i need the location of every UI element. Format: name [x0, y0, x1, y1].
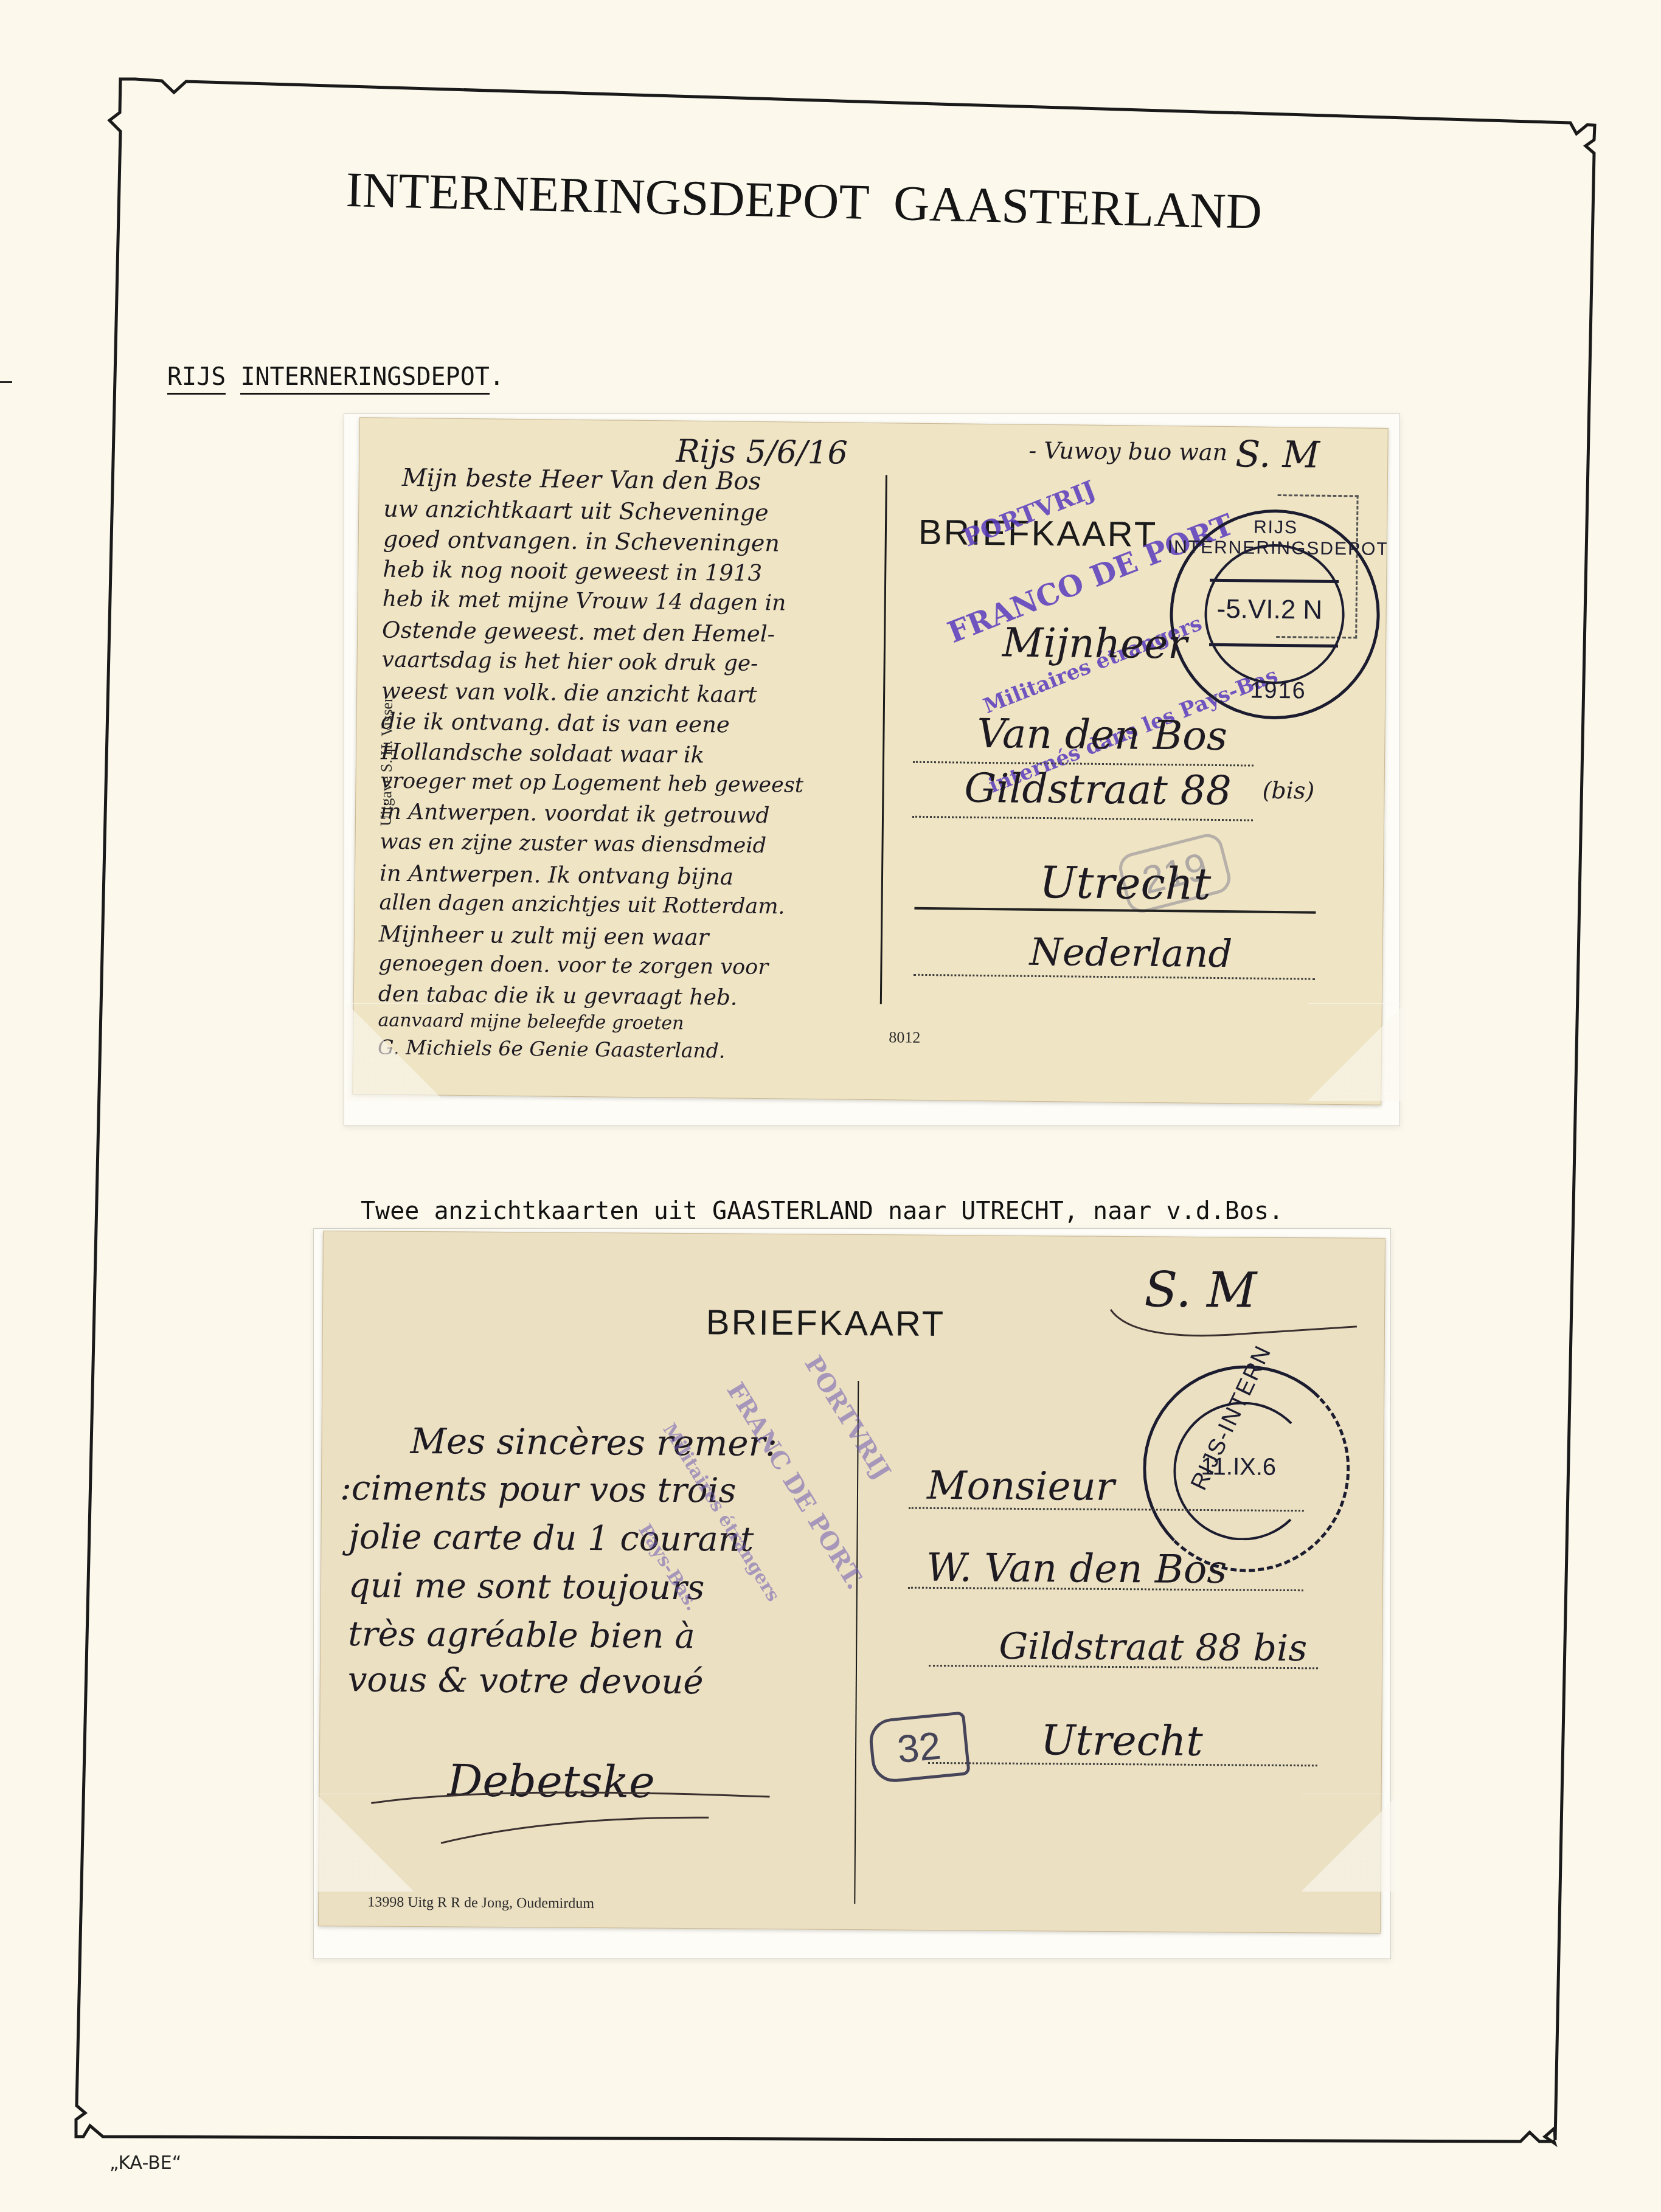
page-edge-tick — [0, 381, 12, 383]
postmark-rijs-1916: -5.VI.2 N RIJS INTERNERINGSDEPOT 1916 — [1169, 508, 1381, 721]
message-line: weest van volk. die anzicht kaart — [381, 678, 757, 708]
message-line: heb ik met mijne Vrouw 14 dagen in — [383, 587, 786, 616]
message-line: Ostende geweest. met den Hemel- — [382, 617, 775, 648]
postmark-date: 11.IX.6 — [1201, 1453, 1276, 1481]
service-mark: S. M — [1235, 433, 1320, 476]
message-line: die ik ontvang. dat is van eene — [381, 708, 730, 738]
message-line: was en zijne zuster was diensdmeid — [380, 830, 766, 859]
address-salutation: Mijnheer — [1002, 619, 1188, 668]
corner-mount — [1308, 1003, 1405, 1101]
postmark-ring-text: RIJS INTERNERINGSDEPOT — [1168, 516, 1384, 560]
corner-mount — [347, 1003, 444, 1101]
message-line: vaartsdag is het hier ook druk ge- — [381, 648, 758, 676]
section-heading: RIJS INTERNERINGSDEPOT. — [167, 363, 504, 391]
message-line: vous & votre devoué — [348, 1660, 704, 1702]
address-street-suffix: (bis) — [1262, 777, 1314, 804]
message-line: Mijn beste Heer Van den Bos — [402, 464, 761, 496]
message-line: vroeger met op Logement heb geweest — [380, 769, 803, 798]
message-line: allen dagen anzichtjes uit Rotterdam. — [379, 891, 785, 919]
arrival-box-stamp: 32 — [867, 1711, 970, 1784]
message-line: in Antwerpen. Ik ontvang bijna — [380, 860, 733, 890]
section-heading-period: . — [490, 363, 504, 391]
postmark-rijs-interneringsdepot: RIJS-INTERN 11.IX.6 — [1142, 1364, 1350, 1572]
postcard-2: BRIEFKAART S. M Mes sincères remer: :cim… — [318, 1231, 1385, 1934]
publisher-footer-mark: „KA-BE“ — [109, 2152, 181, 2174]
section-heading-place: RIJS — [167, 363, 226, 395]
caption-line: Twee anzichtkaarten uit GAASTERLAND naar… — [361, 1195, 1407, 1228]
message-line: genoegen doen. voor te zorgen voor — [378, 952, 768, 980]
page-title: INTERNERINGSDEPOT GAASTERLAND — [345, 161, 1381, 244]
service-mark-flourish — [1108, 1307, 1363, 1345]
address-name: Van den Bos — [977, 710, 1227, 759]
postcard-1: Uitgave S. H. Visser Rijs 5/6/16 Mijn be… — [352, 417, 1389, 1105]
handwritten-date: Rijs 5/6/16 — [676, 434, 848, 472]
message-line: in Antwerpen. voordat ik getrouwd — [380, 800, 770, 829]
address-country: Nederland — [1029, 930, 1232, 976]
postmark-year: 1916 — [1250, 678, 1306, 705]
address-name: W. Van den Bos — [926, 1546, 1227, 1592]
address-city: Utrecht — [1041, 1716, 1203, 1766]
address-street: Gildstraat 88 bis — [999, 1625, 1307, 1670]
section-heading-depot: INTERNERINGSDEPOT — [240, 363, 489, 395]
corner-mount — [1302, 1794, 1399, 1892]
message-line: uw anzichtkaart uit Scheveninge — [383, 496, 769, 527]
message-line: Hollandsche soldaat waar ik — [381, 739, 704, 769]
message-line: goed ontvangen. in Scheveningen — [383, 526, 780, 557]
address-city: Utrecht — [1039, 857, 1211, 910]
postmark-date: -5.VI.2 N — [1216, 594, 1322, 626]
address-line-4 — [914, 974, 1315, 980]
message-line: Mijnheer u zult mij een waar — [379, 921, 709, 951]
publisher-imprint: 13998 Uitg R R de Jong, Oudemirdum — [367, 1894, 594, 1912]
address-salutation: Monsieur — [927, 1464, 1115, 1510]
address-street: Gildstraat 88 — [964, 765, 1232, 815]
message-line: heb ik nog nooit geweest in 1913 — [383, 556, 762, 587]
card-number: 8012 — [889, 1028, 920, 1047]
corner-mount — [316, 1794, 414, 1892]
signature-flourish — [368, 1778, 794, 1854]
